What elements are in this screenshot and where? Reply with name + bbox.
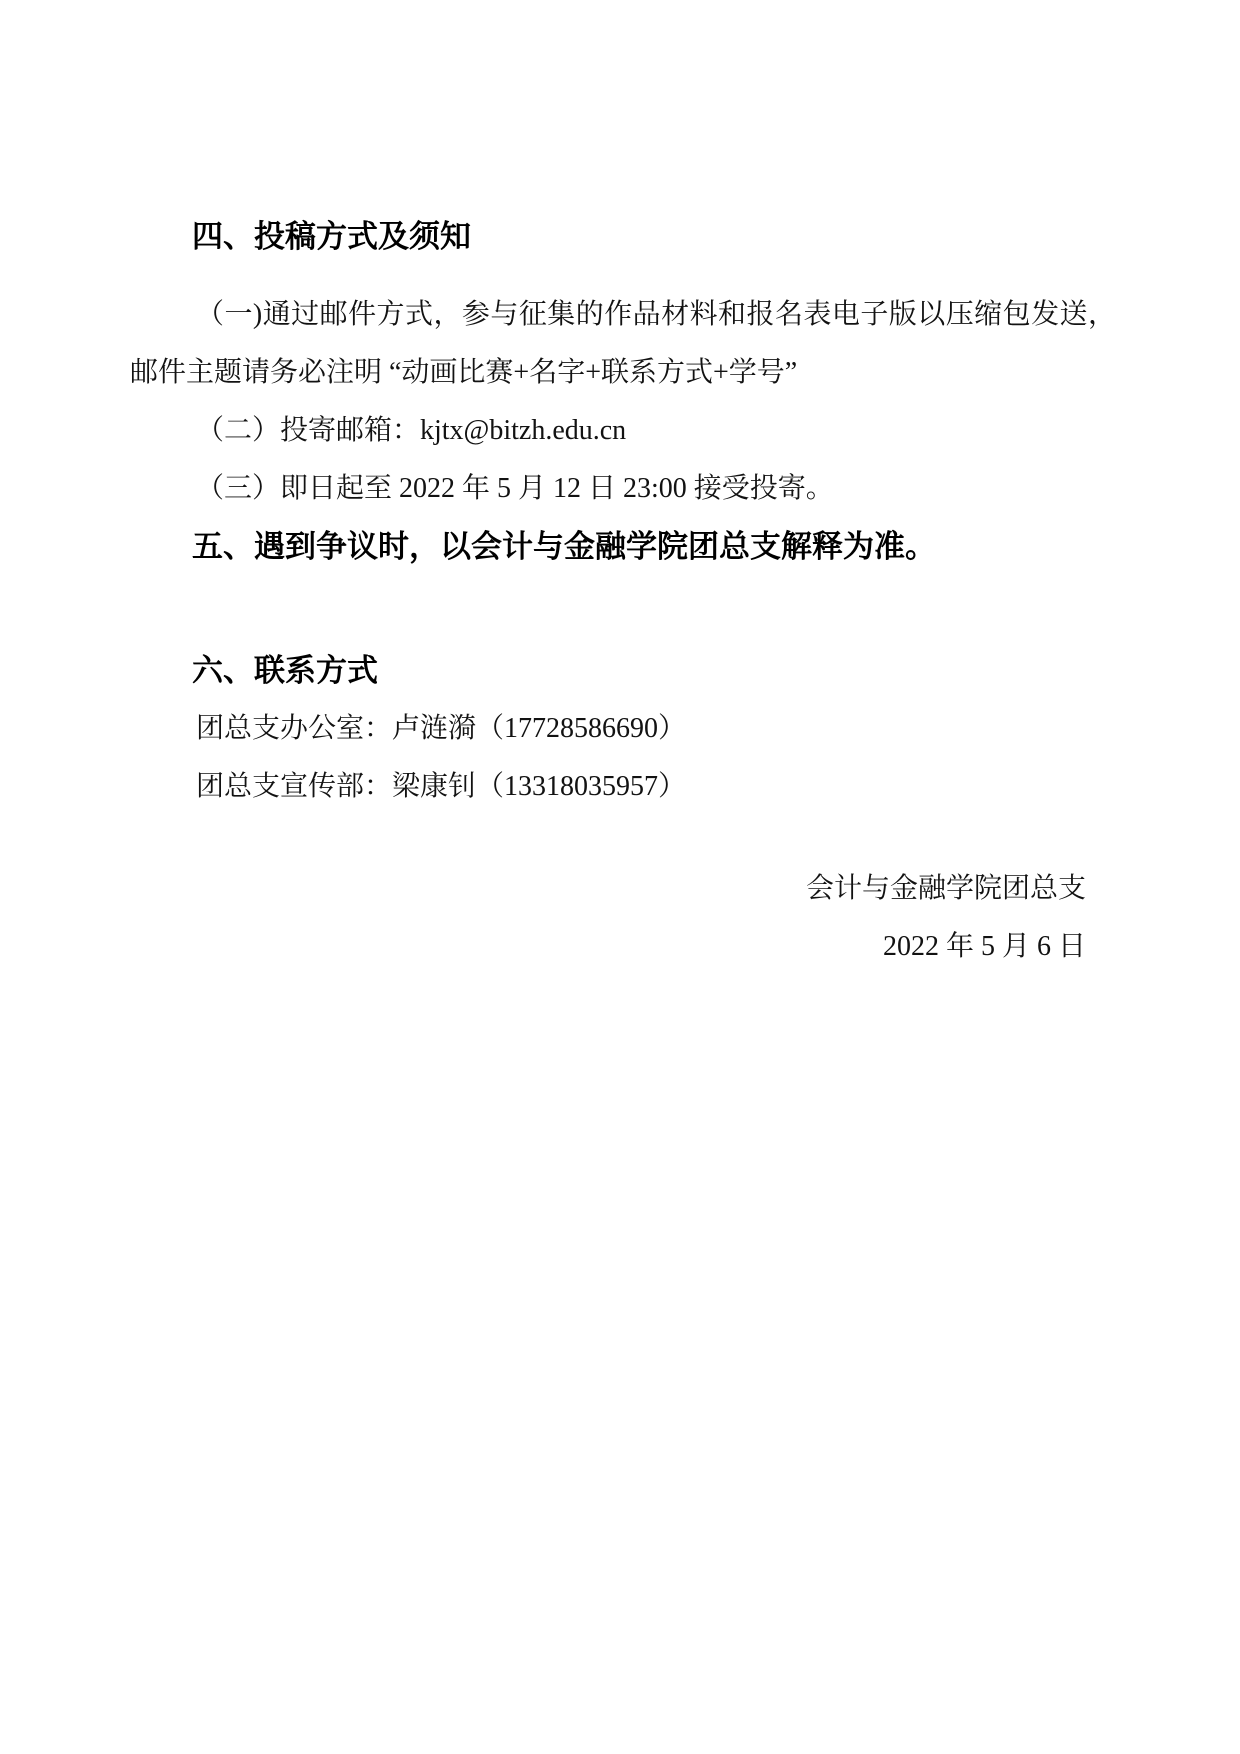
signature-block: 会计与金融学院团总支 2022 年 5 月 6 日 bbox=[130, 860, 1116, 976]
section-five-heading: 五、遇到争议时，以会计与金融学院团总支解释为准。 bbox=[130, 518, 1116, 576]
item-one-line1: （一)通过邮件方式，参与征集的作品材料和报名表电子版以压缩包发送， bbox=[130, 286, 1116, 344]
signature-date: 2022 年 5 月 6 日 bbox=[130, 918, 1116, 976]
contact-office-line: 团总支办公室：卢涟漪（17728586690） bbox=[130, 700, 1116, 758]
document-page: 四、投稿方式及须知 （一)通过邮件方式，参与征集的作品材料和报名表电子版以压缩包… bbox=[130, 208, 1116, 976]
section-six-heading: 六、联系方式 bbox=[130, 642, 1116, 700]
item-one-line2: 邮件主题请务必注明 “动画比赛+名字+联系方式+学号” bbox=[130, 344, 1116, 402]
signature-organization: 会计与金融学院团总支 bbox=[130, 860, 1116, 918]
item-three-deadline: （三）即日起至 2022 年 5 月 12 日 23:00 接受投寄。 bbox=[130, 460, 1116, 518]
contact-publicity-line: 团总支宣传部：梁康钊（13318035957） bbox=[130, 758, 1116, 816]
section-four-heading: 四、投稿方式及须知 bbox=[130, 208, 1116, 266]
item-two-submission-email: （二）投寄邮箱：kjtx@bitzh.edu.cn bbox=[130, 402, 1116, 460]
